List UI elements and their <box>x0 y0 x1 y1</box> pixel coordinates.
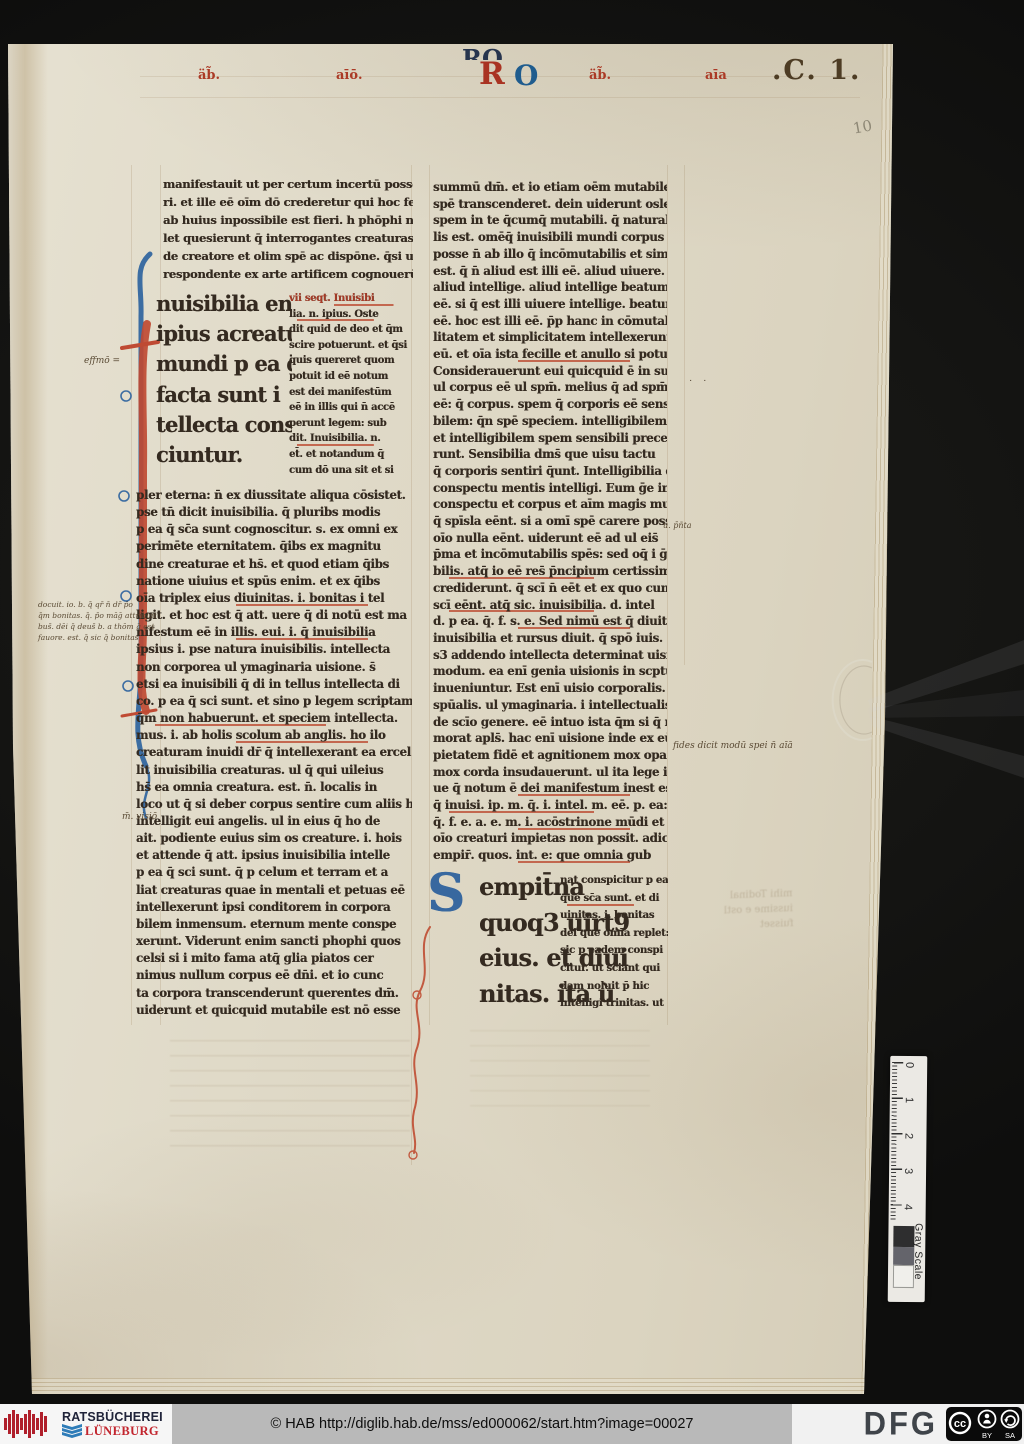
manuscript-text-line: spem in te q̄cumq̄ mutabili. q̄ natural <box>433 212 667 229</box>
decorated-initial-S: S <box>427 863 465 924</box>
manuscript-text-line: et attende q̄ att. ipsius inuisibilia in… <box>136 847 412 864</box>
manuscript-text-line: p̄ma et incōmutabilis spēs: sed oq̄ i ḡ … <box>433 546 667 563</box>
manuscript-text-line: q̄ spīsla eēnt. si a omī spē carere poss… <box>433 513 667 530</box>
ratsbuecherei-bars-icon <box>3 1407 57 1441</box>
manuscript-text-line: bilem inmensum. eternum mente conspe <box>136 916 412 933</box>
manuscript-text-line: conspectu mentis intelligi. Eum ḡe incor <box>433 480 667 497</box>
manuscript-text-line: eū. et oīa ista fecille et anullo si pot… <box>433 346 667 363</box>
manuscript-text-line: celsi si i mito fama atq̄ glia piatos ce… <box>136 950 412 967</box>
manuscript-text-line: p ea q̄ sc̄a sunt cognoscitur. s. ex omn… <box>136 521 412 538</box>
page-top-offset-mark: RO <box>462 44 524 60</box>
ruling-line <box>684 165 685 665</box>
ruler-number: 4 <box>902 1204 914 1216</box>
manuscript-text-line: ri. et ille eē oīm dō crederetur qui hoc… <box>163 194 413 212</box>
gray-patch-mid <box>893 1247 914 1265</box>
manuscript-text-line: scī eēnt. atq̄ sic. inuisibilia. d. inte… <box>433 597 667 614</box>
manuscript-text-line: spūalis. ul ymaginaria. i intellectualis <box>433 697 667 714</box>
copyright-strip: © HAB http://diglib.hab.de/mss/ed000062/… <box>172 1404 792 1444</box>
manuscript-text-line: dam noluit p̄ hic <box>560 978 668 996</box>
manuscript-text-line: Considerauerunt eui quicquid ē in subus <box>433 363 667 380</box>
manuscript-text-line: sic p eadem conspi <box>560 942 668 960</box>
page-holder-clip <box>828 638 1024 783</box>
manuscript-text-line: q̄. f. e. a. e. m. i. acōstrinone mūdi e… <box>433 814 667 831</box>
grayscale-label: Gray Scale <box>912 1223 925 1295</box>
manuscript-text-line: bilis. atq̄ io eē res̄ p̄ncipium certiss… <box>433 563 667 580</box>
library-name: RATSBÜCHEREI LÜNEBURG <box>62 1410 163 1438</box>
manuscript-text-line: lit inuisibilia creaturas. ul q̄ qui uil… <box>136 762 412 779</box>
copyright-text: © HAB http://diglib.hab.de/mss/ed000062/… <box>271 1416 694 1432</box>
manuscript-text-line: scire potuerunt. et q̄si <box>289 338 413 354</box>
manuscript-text-line: inueniuntur. Est enī uisio corporalis. <box>433 680 667 697</box>
left-column-display-text: nuisibilia eniipius acreaturamundi p ea … <box>156 289 292 470</box>
cc-by-sa-badge: cc BY SA <box>946 1407 1022 1441</box>
marginal-note-visio: m̄. visiō <box>122 812 157 822</box>
show-through-text <box>470 1030 650 1110</box>
manuscript-text-line: cum dō una sit et si <box>289 463 413 479</box>
manuscript-text-line: pietatem fidē et agnitionem mox opa <box>433 747 667 764</box>
dfg-logo: DFG <box>864 1405 938 1443</box>
folio-mark: .C. 1. <box>772 55 861 86</box>
manuscript-text-line: q̄ corporis sentiri q̄unt. Intelligibili… <box>433 463 667 480</box>
digitized-manuscript-viewer: äb̃. aīō. R O äb̃. aīa .C. 1. 10 RO mani… <box>0 0 1024 1444</box>
right-column-body: summū dm̄. et io etiam oēm mutabilesq̄sp… <box>433 179 667 864</box>
ruling-line <box>140 97 860 98</box>
ruler-number: 0 <box>903 1062 915 1074</box>
running-title-O: O <box>514 59 538 92</box>
manuscript-text-line: uinitas. i. bonitas <box>560 907 668 925</box>
manuscript-text-line: que sc̄a sunt. et di <box>560 890 668 908</box>
gloss-line: fauore. est. q̄ sic q̄ bonitas <box>38 632 178 643</box>
manuscript-text-line: nimus nullum corpus eē dn̄i. et io cunc <box>136 967 412 984</box>
manuscript-text-line: intelligit eui angelis. ul in eius q̄ ho… <box>136 813 412 830</box>
manuscript-text-line: summū dm̄. et io etiam oēm mutabilesq̄ <box>433 179 667 196</box>
manuscript-text-line: eē. si q̄ est illi uiuere intellige. bea… <box>433 296 667 313</box>
running-title-anima: aīa <box>705 68 727 83</box>
display-text-line: tellecta conspi <box>156 410 292 440</box>
manuscript-text-line: runt. Sensibilia dms̄ que uisu tactu <box>433 446 667 463</box>
library-name-line1: RATSBÜCHEREI <box>62 1410 163 1424</box>
manuscript-text-line: lia. n. ipius. Oste <box>289 307 413 323</box>
left-column-intro: manifestauit ut per certum incertū posse… <box>163 176 413 283</box>
manuscript-text-line: q̄ inuisi. ip. m. q̄. i. intel. m. eē. p… <box>433 797 667 814</box>
manuscript-text-line: aliud intellige. aliud intellige beatum <box>433 279 667 296</box>
gloss-line: q̄m bonitas. q̄. p̄o māḡ attribuit <box>38 610 178 621</box>
manuscript-text-line: liat creaturas quae in mentali et petuas… <box>136 882 412 899</box>
grayscale-ruler: 0 1 2 3 4 Gray Scale <box>888 1056 928 1302</box>
attribution-bar: RATSBÜCHEREI LÜNEBURG © HAB http://digli… <box>0 1404 1024 1444</box>
ruler-number: 1 <box>903 1097 915 1109</box>
ruler-cm-ticks <box>891 1062 904 1222</box>
manuscript-text-line: let quesierunt q̄ interrogantes creatura… <box>163 230 413 248</box>
footer-right-zone: DFG cc BY SA <box>792 1404 1024 1444</box>
marginal-note-fides: fides dicit modū spei n̄ aīā <box>673 741 823 751</box>
manuscript-text-line: et̄. et notandum q̄ <box>289 447 413 463</box>
manuscript-text-line: ue q̄ notum ē dei manifestum inest est. <box>433 780 667 797</box>
running-title-ab-right: äb̃. <box>589 68 611 83</box>
manuscript-text-line: de scīo genere. eē intuo ista q̄m si q̄ … <box>433 714 667 731</box>
ruler-number: 2 <box>902 1133 914 1145</box>
manuscript-text-line: vii seqt. Inuisibi <box>289 291 413 307</box>
right-column-side-text: nat conspicitur p eaque sc̄a sunt. et di… <box>560 872 668 1013</box>
manuscript-text-line: mus. i. ab holis scolum ab anglis. ho il… <box>136 727 412 744</box>
left-column-side-text: vii seqt. Inuisibilia. n. ipius. Ostedit… <box>289 291 413 478</box>
manuscript-text-line: eē. hoc est illi eē. p̄p hanc in cōmutab… <box>433 313 667 330</box>
manuscript-text-line: spē transcenderet. dein uiderunt oslem <box>433 196 667 213</box>
manuscript-text-line: citur. ut sciant qui <box>560 960 668 978</box>
manuscript-text-line: dei que omīa replet: <box>560 925 668 943</box>
manuscript-text-line: co. p ea q̄ sci sunt. et sino p legem sc… <box>136 693 412 710</box>
manuscript-text-line: dit quid de deo et q̄m <box>289 322 413 338</box>
manuscript-text-line: xerunt. Viderunt enim sancti phophi quos <box>136 933 412 950</box>
manuscript-text-line: potuit id eē notum <box>289 369 413 385</box>
manuscript-text-line: mox corda insudauerunt. ul ita lege inte… <box>433 764 667 781</box>
manuscript-text-line: est dei manifestūm <box>289 385 413 401</box>
library-name-line2: LÜNEBURG <box>85 1424 159 1438</box>
manuscript-text-line: eē: q̄ corpus. spem q̄ corporis eē sensi <box>433 396 667 413</box>
manuscript-text-line: natione uiuius et spūs enim. et ex q̄ibs <box>136 573 412 590</box>
manuscript-text-line: intellexerunt ipsi conditorem in corpora <box>136 899 412 916</box>
manuscript-text-line: perunt legem: sub <box>289 416 413 432</box>
manuscript-text-line: oīo nulla eēnt. uiderunt eē ad ul eis̄ <box>433 530 667 547</box>
manuscript-text-line: pse tn̄ dicit inuisibilia. q̄ pluribs mo… <box>136 504 412 521</box>
manuscript-text-line: conspectu et corpus et aīm magis mun <box>433 496 667 513</box>
manuscript-text-line: intelligi trinitas. ut <box>560 995 668 1013</box>
display-text-line: ciuntur. <box>156 440 292 470</box>
running-title-R: R <box>479 56 503 92</box>
show-through-handwriting: mihi Todinaliussime e ostlfuisset <box>682 886 794 935</box>
manuscript-text-line: manifestauit ut per certum incertū posse… <box>163 176 413 194</box>
manuscript-text-line: ipsius i. pse natura inuisibilis. intell… <box>136 641 412 658</box>
running-title-anno: aīō. <box>336 68 363 83</box>
left-column-body: pler eterna: n̄ ex diussitate aliqua cōs… <box>136 487 412 1019</box>
manuscript-text-line: de creatore et olim spē ac dispōne. q̄si… <box>163 248 413 266</box>
manuscript-text-line: loco ut q̄ si deber corpus sentire cum a… <box>136 796 412 813</box>
marginal-note-tiny: u. p̄ñta <box>663 521 692 530</box>
display-text-line: facta sunt i <box>156 380 292 410</box>
manuscript-text-line: oīo creaturi impietas non possit. adicit <box>433 830 667 847</box>
manuscript-text-line: litatem et simplicitatem intellexerunt <box>433 329 667 346</box>
manuscript-text-line: p ea q̄ sci sunt. q̄ p celum et terram e… <box>136 864 412 881</box>
manuscript-text-line: uiderunt et quicquid mutabile est nō ess… <box>136 1002 412 1019</box>
lueneburg-book-icon <box>62 1424 82 1438</box>
manuscript-text-line: eē in illis qui n̄ accē <box>289 400 413 416</box>
manuscript-text-line: pler eterna: n̄ ex diussitate aliqua cōs… <box>136 487 412 504</box>
gloss-line: docuit. io. b. q̄ qr̄ n̄ dr̄ p̄o <box>38 599 178 610</box>
marginal-gloss-left: docuit. io. b. q̄ qr̄ n̄ dr̄ p̄oq̄m boni… <box>38 599 178 643</box>
manuscript-text-line: lis est. omēq̄ inuisibili mundi corpus n… <box>433 229 667 246</box>
marginal-note-effmo: effmō = <box>84 356 120 366</box>
manuscript-text-line: dit. Inuisibilia. n. <box>289 431 413 447</box>
manuscript-text-line: quis quereret quom <box>289 353 413 369</box>
ruler-number: 3 <box>902 1168 914 1180</box>
manuscript-text-line: respondente ex arte artificem cognouerūt… <box>163 266 413 284</box>
manuscript-text-line: dine creaturae et hs̄. et quod etiam q̄i… <box>136 556 412 573</box>
manuscript-text-line: hs̄ ea omnia creatura. est. n̄. localis … <box>136 779 412 796</box>
display-text-line: mundi p ea q̄ <box>156 349 292 379</box>
manuscript-text-line: ta corpora transcenderunt querentes dm̄. <box>136 985 412 1002</box>
manuscript-text-line: non corporea ul ymaginaria uisione. s̄ <box>136 659 412 676</box>
manuscript-text-line: posse n̄ ab illo q̄ incōmutabilis et sim… <box>433 246 667 263</box>
manuscript-text-line: ait. podiente euius sim os creature. i. … <box>136 830 412 847</box>
ink-dots: · · <box>689 375 710 386</box>
manuscript-text-line: modum. ea enī genia uisionis in scptum <box>433 663 667 680</box>
binding-gutter <box>6 44 48 1394</box>
page-edges-bottom <box>26 1378 876 1394</box>
manuscript-text-line: perimēte eternitatem. q̄ibs ex magnitu <box>136 538 412 555</box>
manuscript-text-line: creaturam inuidi dr̄ q̄ intellexerant ea… <box>136 744 412 761</box>
manuscript-text-line: ab huius inpossibile est fieri. h phōphi… <box>163 212 413 230</box>
library-logo: RATSBÜCHEREI LÜNEBURG <box>0 1404 172 1444</box>
manuscript-text-line: empir̄. quos. int. e: que omnia gub <box>433 847 667 864</box>
manuscript-text-line: s3 addendo intellecta determinat uisioni… <box>433 647 667 664</box>
manuscript-text-line: est. q̄ n̄ aliud est illi eē. aliud uiue… <box>433 263 667 280</box>
manuscript-text-line: nat conspicitur p ea <box>560 872 668 890</box>
cc-sa-label: SA <box>1005 1431 1015 1440</box>
show-through-text <box>170 1040 410 1160</box>
manuscript-text-line: ul corpus eē ul spm̄. melius q̄ ad spm̄ <box>433 379 667 396</box>
manuscript-text-line: crediderunt. q̄ scī n̄ eēt et ex quo cun… <box>433 580 667 597</box>
manuscript-text-line: morat apls̄. hac enī uisione inde ex eū … <box>433 730 667 747</box>
manuscript-text-line: q̄m non habuerunt. et speciem intellecta… <box>136 710 412 727</box>
cc-by-label: BY <box>982 1431 992 1440</box>
pencil-foliation: 10 <box>852 116 874 137</box>
display-text-line: nuisibilia eni <box>156 289 292 319</box>
manuscript-text-line: d. p ea. q̄. f. s. e. Sed nimū est q̄ di… <box>433 613 667 630</box>
gloss-line: bus̄. dēi q̄ deus̄ b. a thōm q̄ est <box>38 621 178 632</box>
display-text-line: ipius acreatura <box>156 319 292 349</box>
manuscript-text-line: etsi ea inuisibili q̄ di in tellus intel… <box>136 676 412 693</box>
manuscript-text-line: et intelligibilem spem sensibili precell… <box>433 430 667 447</box>
running-title-ab-left: äb̃. <box>198 68 220 83</box>
manuscript-text-line: bilem: q̄n spē speciem. intelligibilem: <box>433 413 667 430</box>
manuscript-text-line: inuisibilia et rursus diuit. q̄ spō iuis… <box>433 630 667 647</box>
svg-text:cc: cc <box>954 1418 966 1430</box>
